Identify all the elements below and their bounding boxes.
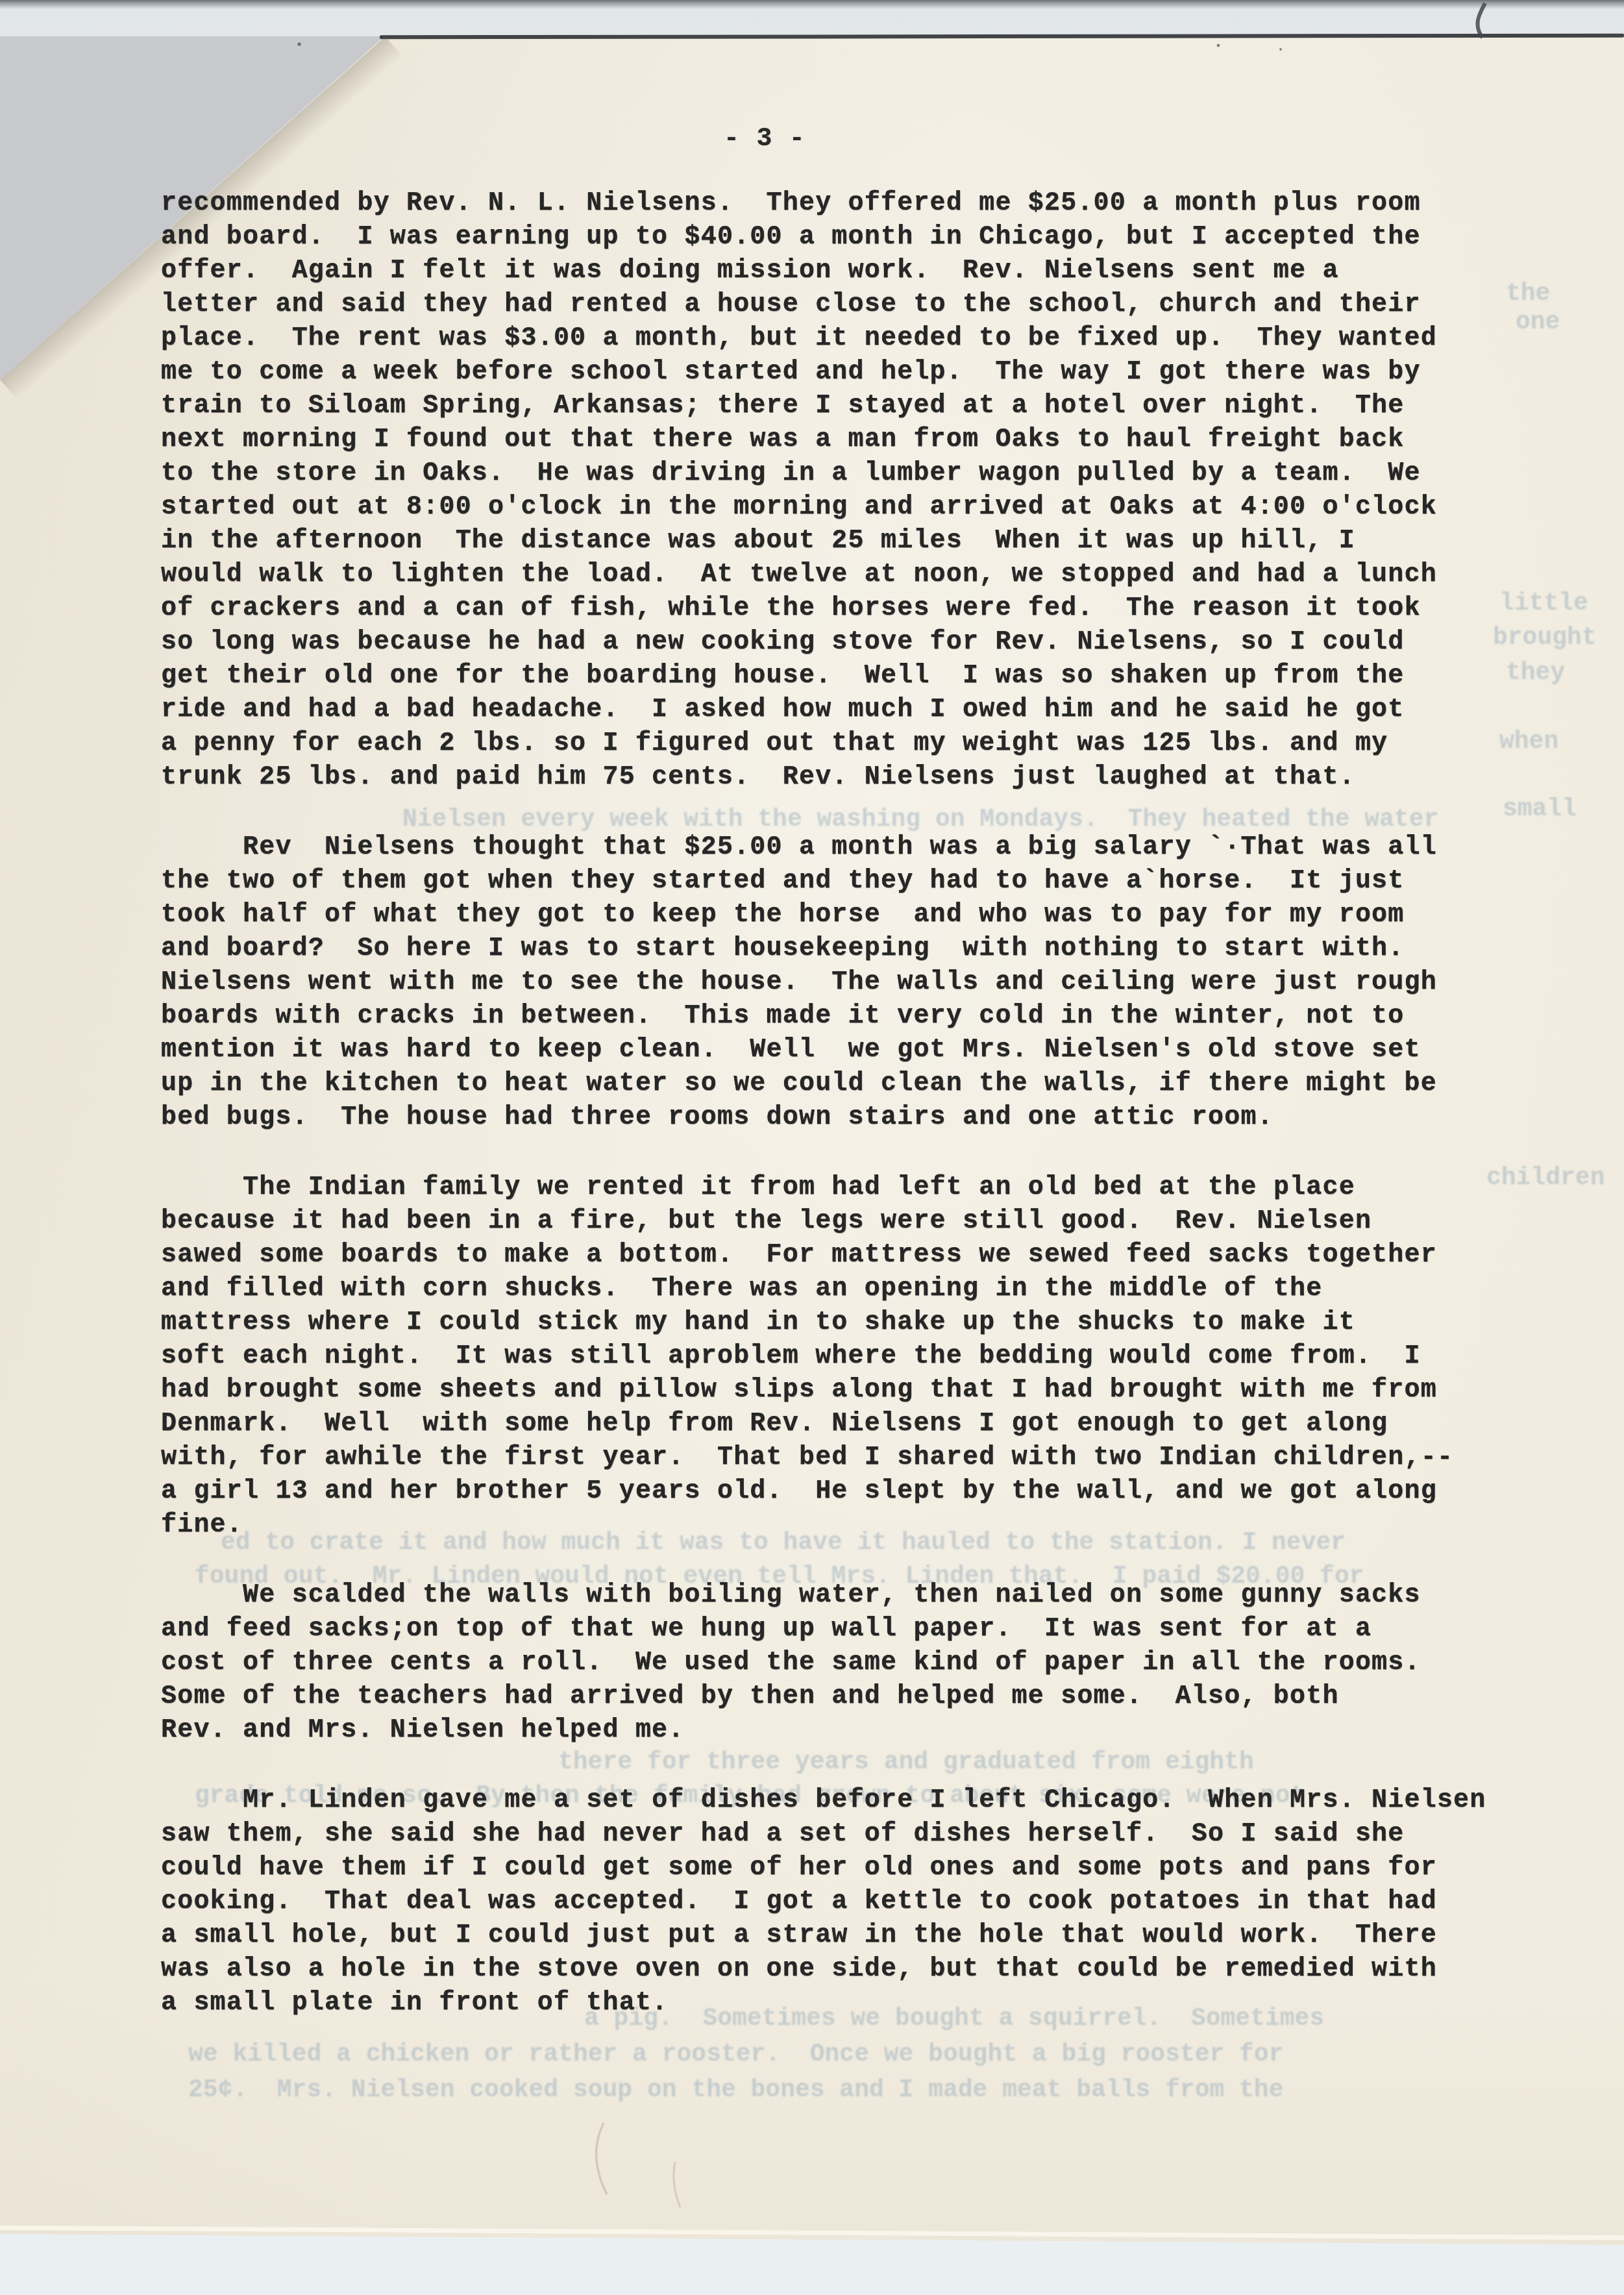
paragraph-3: The Indian family we rented it from had … [161,1171,1563,1543]
paragraph-5: Mr. Linden gave me a set of dishes befor… [161,1784,1563,2020]
paragraph-4: We scalded the walls with boiling water,… [161,1579,1563,1748]
page-number: - 3 - [724,125,806,154]
typed-text-block: recommended by Rev. N. L. Nielsens. They… [161,187,1563,2057]
paragraph-2: Rev Nielsens thought that $25.00 a month… [161,831,1563,1135]
scanner-bed-top-strip [0,0,1624,36]
speck [297,42,301,45]
paragraph-1: recommended by Rev. N. L. Nielsens. They… [161,187,1563,795]
